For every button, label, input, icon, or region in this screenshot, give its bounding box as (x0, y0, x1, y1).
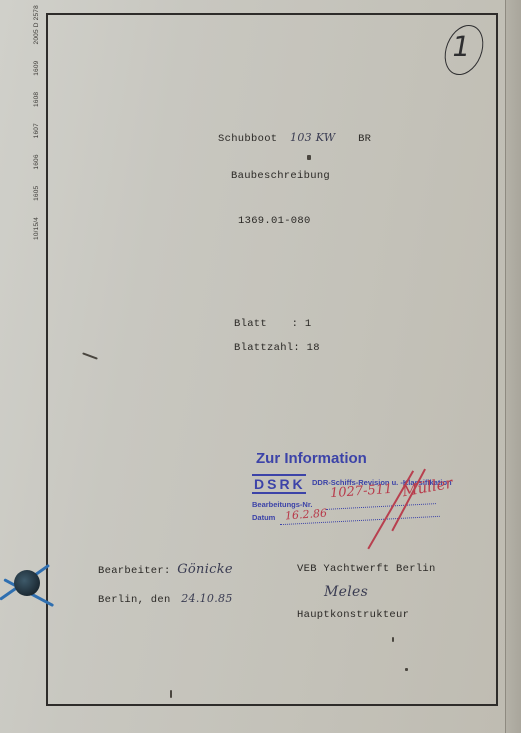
place-date-label: Berlin, den (98, 594, 171, 606)
side-form-code: 10/15/4 1605 1606 1607 1608 1609 2005 D … (33, 0, 40, 240)
paper-speck (405, 668, 408, 671)
paper-speck (307, 155, 311, 160)
place-date-line: Berlin, den 24.10.85 (98, 592, 233, 606)
editor-signature: Gönicke (177, 562, 233, 577)
sheet-value: : 1 (292, 318, 312, 330)
editor-line: Bearbeiter: Gönicke (98, 562, 233, 577)
title-prefix: Schubboot (218, 133, 277, 145)
paper-speck (170, 690, 172, 698)
sheet-label: Blatt (234, 318, 267, 330)
stamp-title: Zur Information (256, 450, 367, 467)
page-stack-edge (505, 0, 521, 733)
binding-clip (14, 570, 40, 596)
title-line: Schubboot 103 KW BR (218, 131, 371, 145)
document-date: 24.10.85 (181, 592, 232, 605)
chief-title: Hauptkonstrukteur (297, 609, 409, 621)
title-handwritten-type: 103 KW (290, 131, 335, 144)
sheet-line: Blatt : 1 (234, 318, 311, 330)
company-name: VEB Yachtwerft Berlin (297, 563, 436, 575)
stamp-abbr: DSRK (252, 474, 306, 494)
editor-label: Bearbeiter: (98, 565, 171, 577)
document-type: Baubeschreibung (231, 170, 330, 182)
stamp-field2-label: Datum (252, 513, 275, 522)
paper-speck (392, 637, 394, 642)
document-number: 1369.01-080 (238, 215, 311, 227)
chief-signature: Meles (324, 584, 368, 600)
sheet-count-line: Blattzahl: 18 (234, 342, 320, 354)
title-suffix: BR (358, 133, 371, 145)
sheet-count-value: 18 (307, 342, 320, 354)
sheet-count-label: Blattzahl: (234, 342, 300, 354)
